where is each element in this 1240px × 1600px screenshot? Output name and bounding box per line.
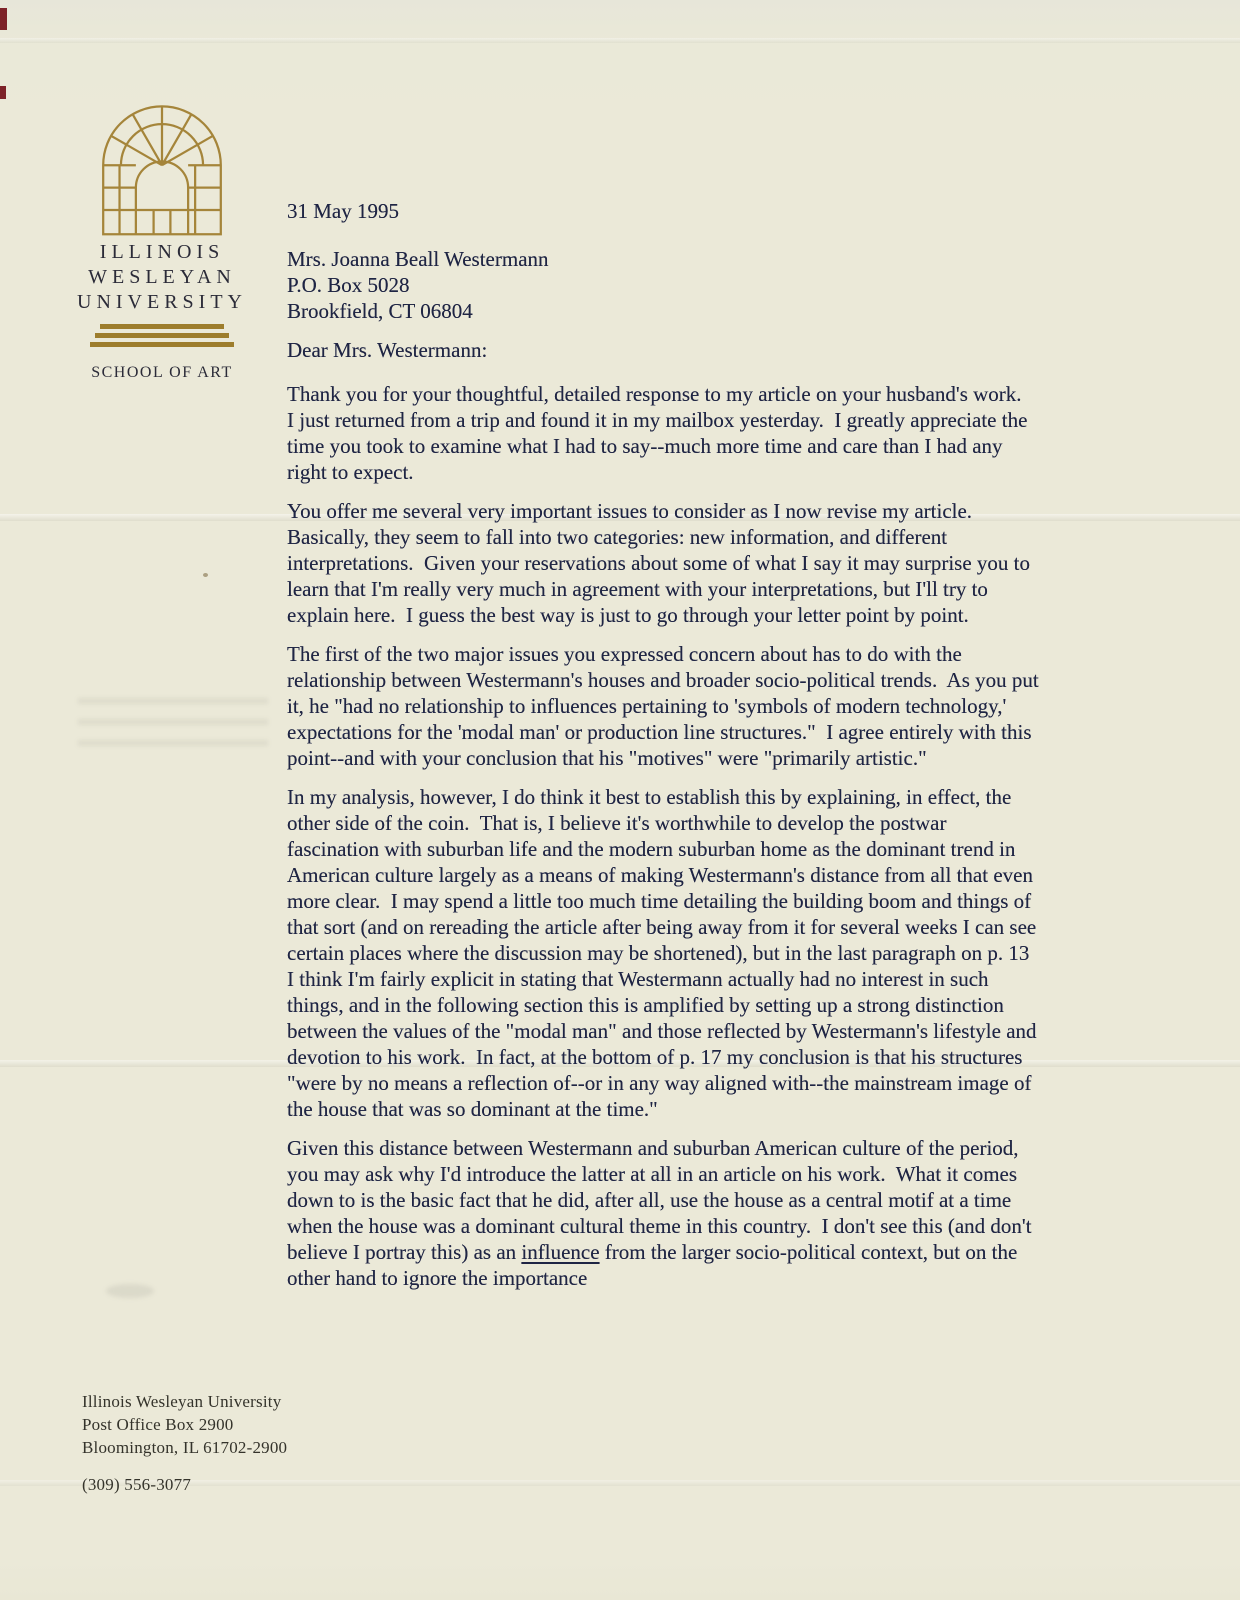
letterhead: ILLINOISWESLEYANUNIVERSITY SCHOOL OF ART — [72, 98, 252, 382]
address-line: P.O. Box 5028 — [287, 272, 1039, 298]
letter-page: ILLINOISWESLEYANUNIVERSITY SCHOOL OF ART… — [0, 0, 1240, 1600]
university-wordmark-line: WESLEYAN — [72, 265, 252, 290]
gold-bar — [100, 324, 224, 329]
footer-address: Illinois Wesleyan UniversityPost Office … — [82, 1390, 287, 1459]
gold-bars — [72, 324, 252, 347]
university-wordmark-line: UNIVERSITY — [72, 290, 252, 315]
gold-bar — [90, 342, 234, 347]
paragraph: Given this distance between Westermann a… — [287, 1135, 1039, 1291]
arched-window-logo-icon — [92, 98, 232, 238]
bleed-through-text — [78, 698, 268, 760]
page-footer: Illinois Wesleyan UniversityPost Office … — [82, 1390, 287, 1496]
letter-body: 31 May 1995 Mrs. Joanna Beall Westermann… — [287, 198, 1039, 1304]
ink-speck — [203, 573, 208, 577]
salutation: Dear Mrs. Westermann: — [287, 337, 1039, 363]
gold-bar — [95, 333, 229, 338]
paragraph-text: The first of the two major issues you ex… — [287, 642, 1044, 770]
footer-address-line: Bloomington, IL 61702-2900 — [82, 1436, 287, 1459]
paragraph: In my analysis, however, I do think it b… — [287, 784, 1039, 1122]
school-of-art-label: SCHOOL OF ART — [72, 364, 252, 382]
paper-smudge — [106, 1284, 154, 1298]
paper-fold-crease — [0, 38, 1240, 43]
scan-edge-mark — [0, 86, 6, 99]
scan-edge-mark — [0, 8, 7, 30]
paragraph: You offer me several very important issu… — [287, 498, 1039, 628]
university-wordmark-line: ILLINOIS — [72, 240, 252, 265]
letter-paragraphs: Thank you for your thoughtful, detailed … — [287, 381, 1039, 1291]
paragraph: Thank you for your thoughtful, detailed … — [287, 381, 1039, 485]
paragraph-text: In my analysis, however, I do think it b… — [287, 785, 1042, 1121]
paragraph-text: Thank you for your thoughtful, detailed … — [287, 382, 1033, 484]
paragraph-text: You offer me several very important issu… — [287, 499, 1035, 627]
footer-address-line: Post Office Box 2900 — [82, 1413, 287, 1436]
letter-date: 31 May 1995 — [287, 198, 1039, 224]
university-wordmark: ILLINOISWESLEYANUNIVERSITY — [72, 240, 252, 315]
recipient-address: Mrs. Joanna Beall WestermannP.O. Box 502… — [287, 246, 1039, 324]
paragraph: The first of the two major issues you ex… — [287, 641, 1039, 771]
address-line: Mrs. Joanna Beall Westermann — [287, 246, 1039, 272]
underlined-word: influence — [521, 1240, 599, 1264]
footer-address-line: Illinois Wesleyan University — [82, 1390, 287, 1413]
footer-phone: (309) 556-3077 — [82, 1473, 287, 1496]
address-line: Brookfield, CT 06804 — [287, 298, 1039, 324]
